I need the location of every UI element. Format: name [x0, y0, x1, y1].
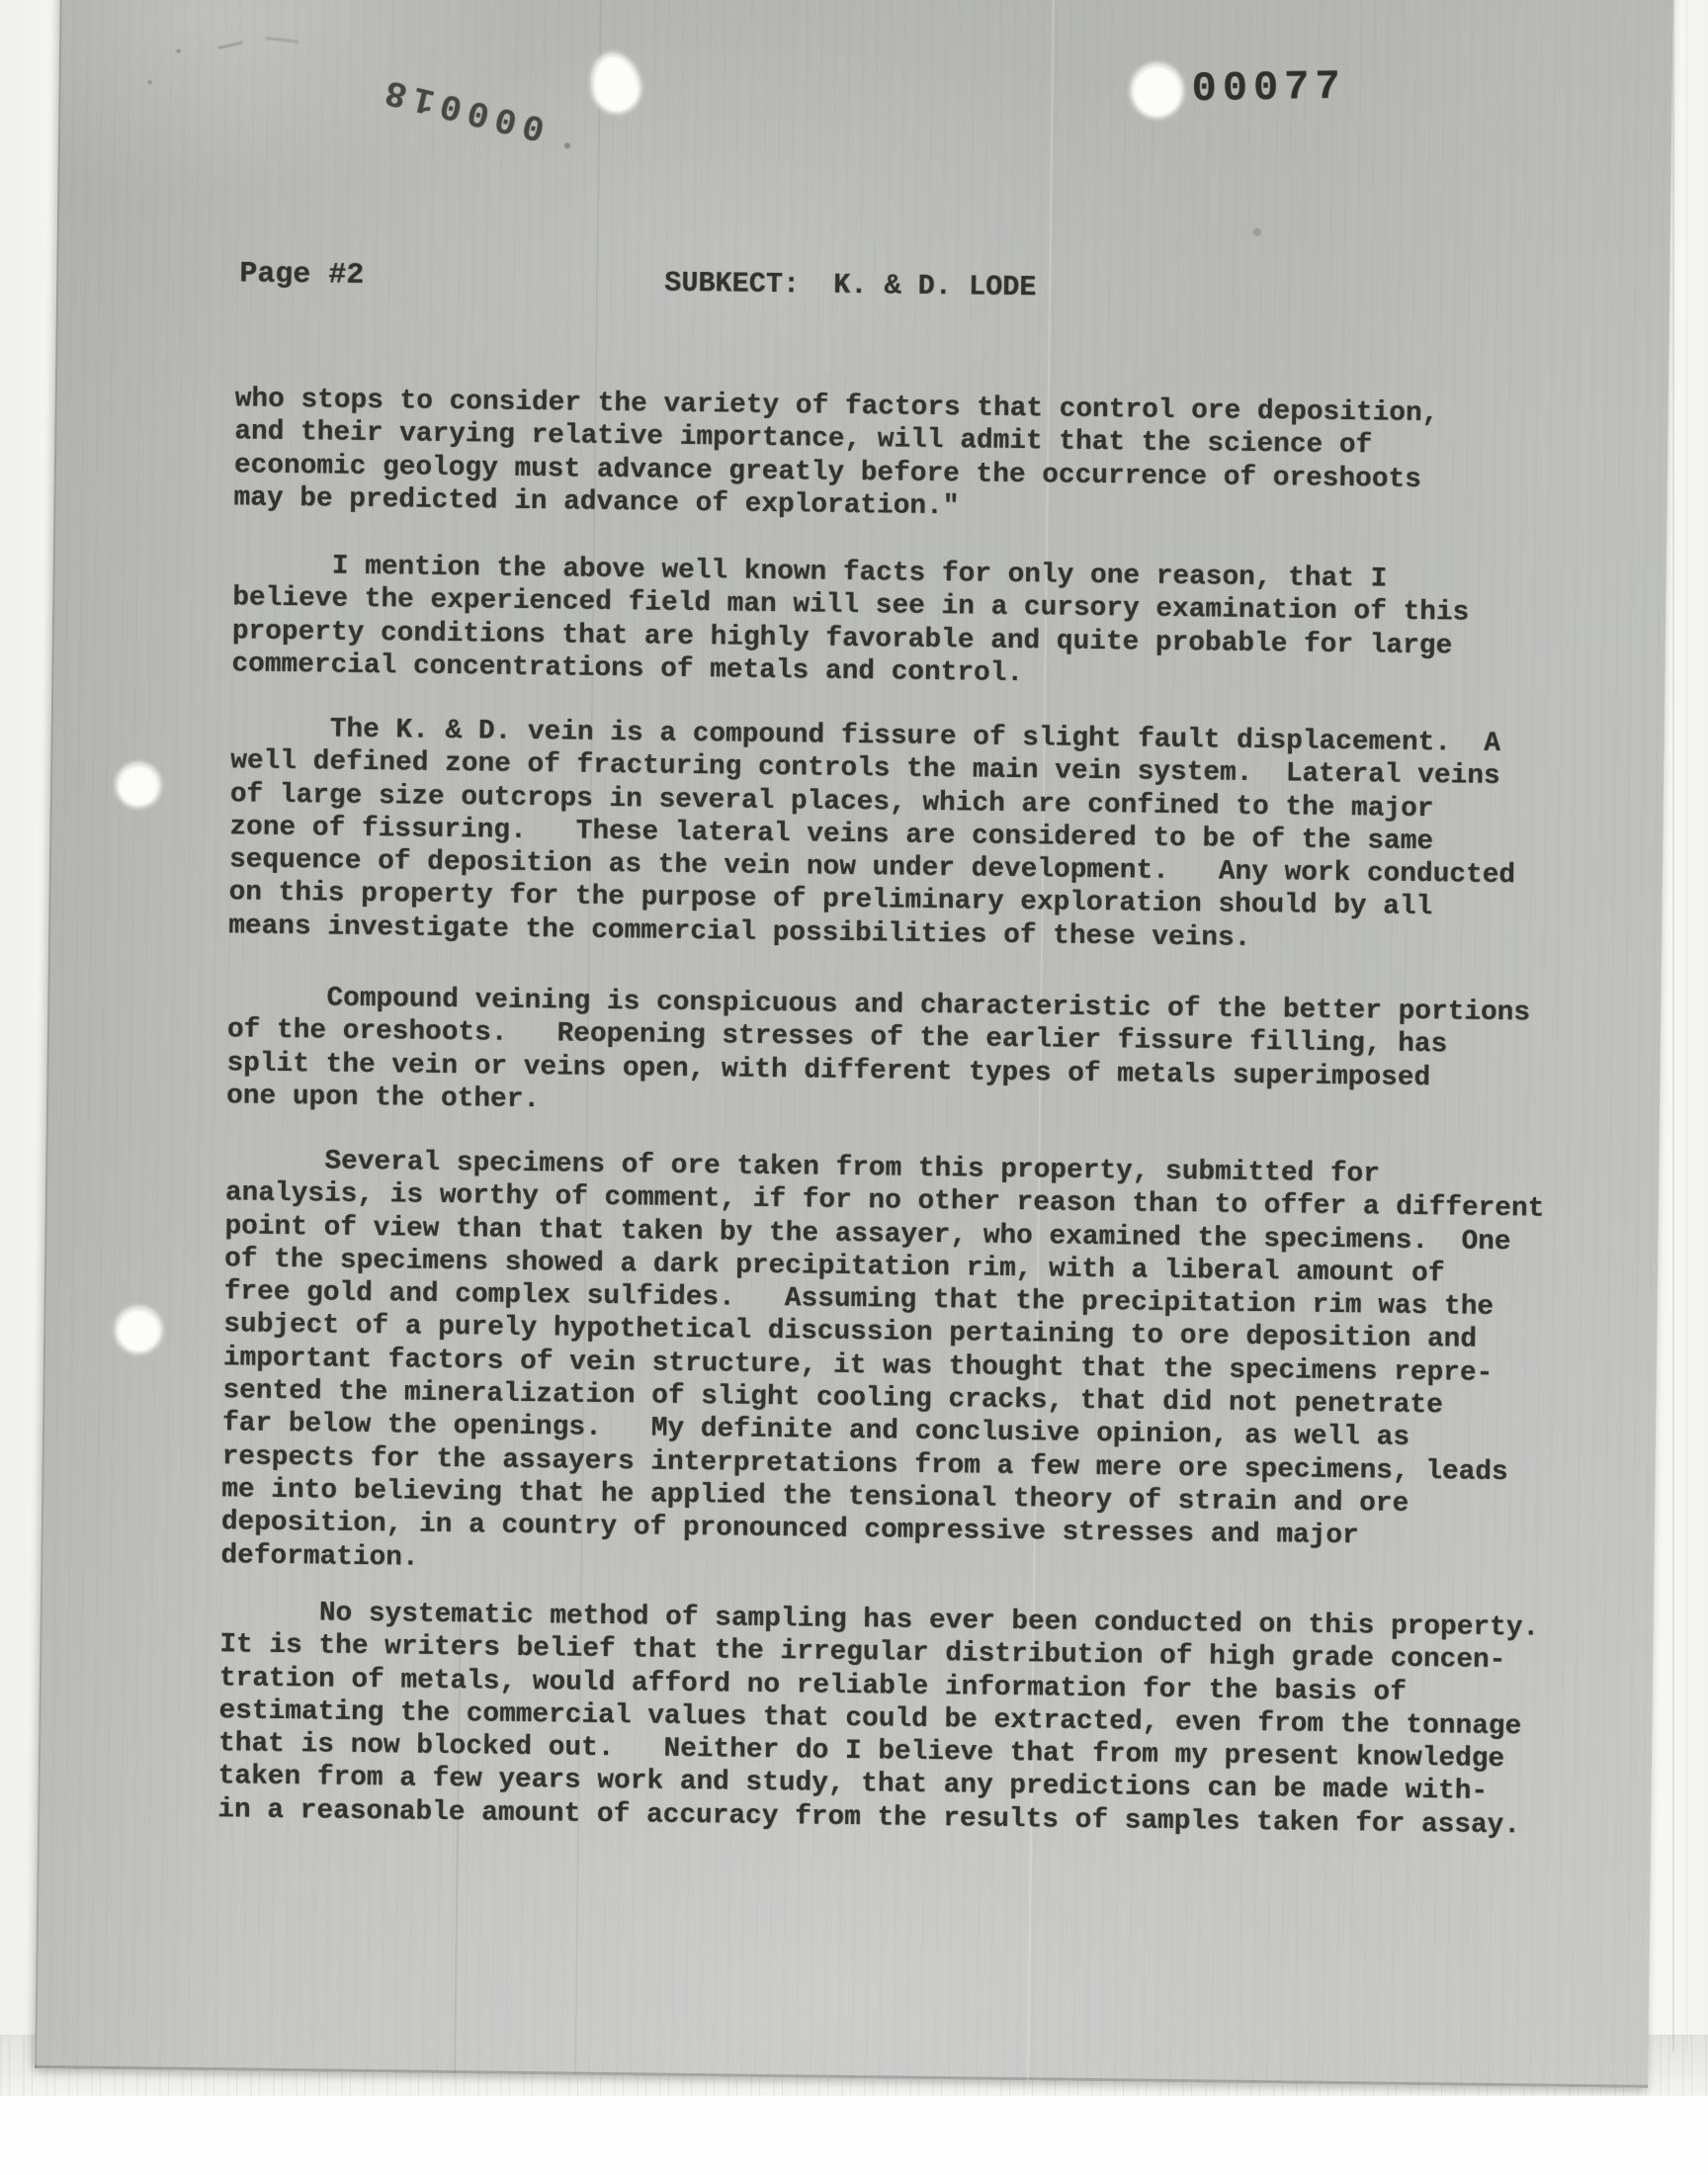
dust-mark [1253, 228, 1261, 236]
pencil-mark [265, 37, 299, 43]
page-number-label: Page #2 [239, 257, 364, 293]
page-number-stamp-upside-down: 000018 [375, 68, 549, 147]
scanned-document: 000018 00077 Page #2 SUBKECT: K. & D. LO… [0, 0, 1708, 2175]
dust-mark [176, 49, 181, 53]
hole-punch-top-left [587, 50, 642, 116]
hole-punch-side-upper [118, 764, 160, 807]
scan-edge-streak [1672, 0, 1674, 2051]
pencil-mark [217, 41, 243, 49]
scan-edge-streak [1686, 0, 1687, 2051]
paragraph-specimens: Several specimens of ore taken from this… [220, 1144, 1668, 1590]
paragraph-mention-facts: I mention the above well known facts for… [231, 549, 1676, 698]
scanner-bed-white [0, 2096, 1708, 2175]
paragraph-kd-vein: The K. & D. vein is a compound fissure o… [228, 712, 1674, 960]
dust-mark [564, 142, 570, 148]
document-page: 000018 00077 Page #2 SUBKECT: K. & D. LO… [35, 0, 1673, 2088]
subject-label: SUBKECT: K. & D. LODE [664, 267, 1037, 304]
paragraph-compound-veining: Compound veining is conspicuous and char… [226, 981, 1671, 1130]
document-number-stamp: 00077 [1191, 63, 1346, 113]
header-line: Page #2 SUBKECT: K. & D. LODE [56, 255, 1669, 314]
paragraph-quote-conclusion: who stops to consider the variety of fac… [233, 383, 1678, 532]
hole-punch-top-right [1132, 64, 1182, 117]
paragraph-sampling: No systematic method of sampling has eve… [217, 1596, 1664, 1844]
dust-mark [148, 80, 152, 84]
hole-punch-side-lower [117, 1308, 161, 1352]
